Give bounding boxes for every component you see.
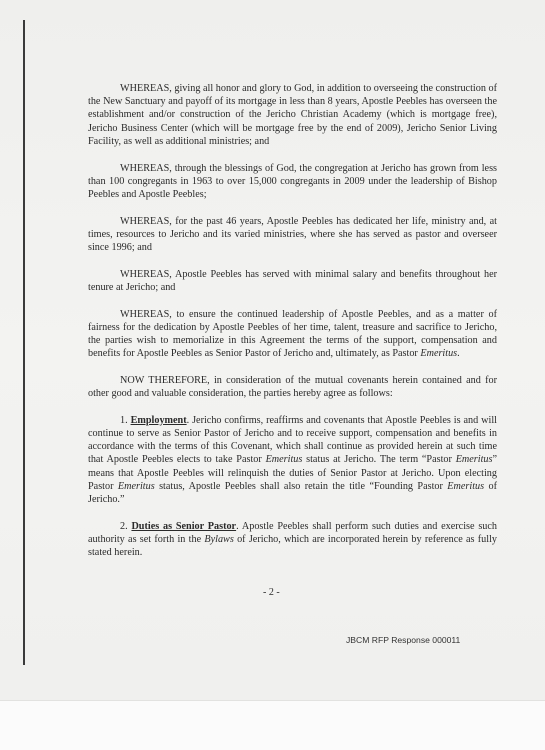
- paragraph-section-2: 2. Duties as Senior Pastor. Apostle Peeb…: [88, 520, 497, 560]
- paragraph-text: .: [457, 348, 460, 359]
- italic-term: Emeritus: [420, 348, 457, 359]
- italic-term: Emeritus: [266, 454, 303, 465]
- italic-term: Emeritus: [447, 481, 484, 492]
- paragraph-text: WHEREAS, Apostle Peebles has served with…: [88, 269, 497, 293]
- section-heading: Duties as Senior Pastor: [131, 521, 236, 532]
- paragraph-text: WHEREAS, for the past 46 years, Apostle …: [88, 216, 497, 253]
- paragraph-text: NOW THEREFORE, in consideration of the m…: [88, 375, 497, 399]
- paragraph-whereas-1: WHEREAS, giving all honor and glory to G…: [88, 82, 497, 148]
- page-number: - 2 -: [263, 587, 280, 598]
- document-page: WHEREAS, giving all honor and glory to G…: [0, 0, 545, 700]
- italic-term: Emeritus: [118, 481, 155, 492]
- paragraph-text: WHEREAS, giving all honor and glory to G…: [88, 83, 497, 147]
- paragraph-whereas-2: WHEREAS, through the blessings of God, t…: [88, 162, 497, 202]
- paragraph-now-therefore: NOW THEREFORE, in consideration of the m…: [88, 374, 497, 400]
- paragraph-text: 1.: [120, 415, 131, 426]
- paragraph-whereas-5: WHEREAS, to ensure the continued leaders…: [88, 308, 497, 361]
- paragraph-text: WHEREAS, through the blessings of God, t…: [88, 163, 497, 200]
- paragraph-text: 2.: [120, 521, 131, 532]
- paragraph-whereas-3: WHEREAS, for the past 46 years, Apostle …: [88, 215, 497, 255]
- scan-background: [0, 700, 545, 750]
- paragraph-section-1: 1. Employment. Jericho confirms, reaffir…: [88, 414, 497, 506]
- margin-rule-line: [23, 20, 25, 665]
- paragraph-text: status at Jericho. The term “Pastor: [302, 454, 455, 465]
- paragraph-text: status, Apostle Peebles shall also retai…: [155, 481, 448, 492]
- paragraph-whereas-4: WHEREAS, Apostle Peebles has served with…: [88, 268, 497, 294]
- section-heading: Employment: [131, 415, 187, 426]
- italic-term: Emeritus: [456, 454, 493, 465]
- bates-stamp: JBCM RFP Response 000011: [346, 635, 460, 645]
- document-body: WHEREAS, giving all honor and glory to G…: [88, 82, 497, 573]
- italic-term: Bylaws: [204, 534, 233, 545]
